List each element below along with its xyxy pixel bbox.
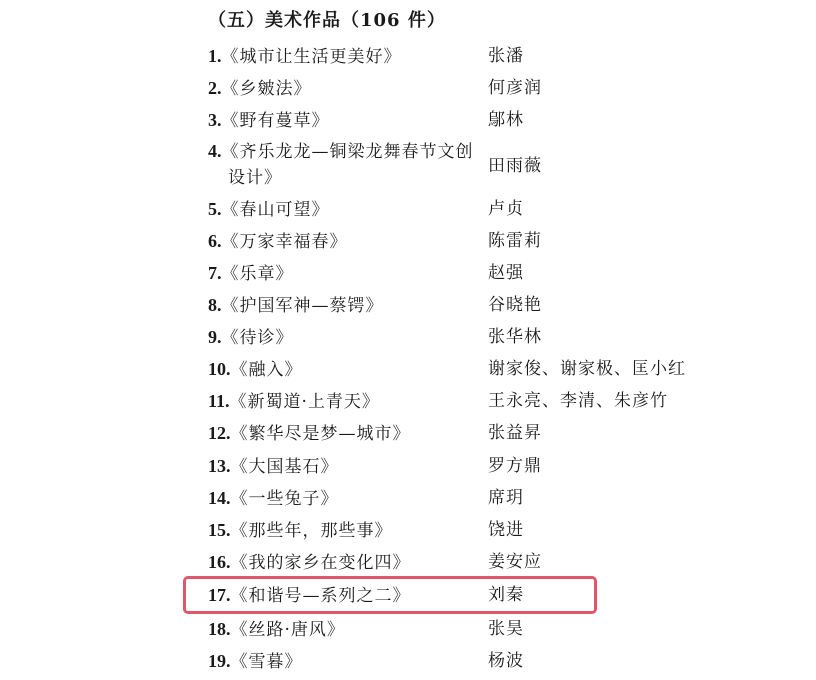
item-title-wrap: 4.《齐乐龙龙—铜梁龙舞春节文创 设计》: [208, 138, 488, 191]
item-title: 《野有蔓草》: [222, 111, 330, 131]
item-number: 19.: [208, 651, 231, 671]
item-title: 《待诊》: [222, 328, 294, 348]
item-author: 赵强: [488, 257, 524, 289]
list-item: 19.《雪暮》 杨波: [208, 645, 728, 677]
item-number: 4.: [208, 141, 222, 161]
item-title-line1: 《齐乐龙龙—铜梁龙舞春节文创: [222, 142, 474, 162]
item-number: 17.: [208, 585, 231, 605]
list-item: 6.《万家幸福春》 陈雷莉: [208, 225, 728, 257]
item-title: 《大国基石》: [231, 457, 339, 477]
item-author: 张潘: [488, 40, 524, 72]
item-title: 《乡皴法》: [222, 79, 312, 99]
item-number: 8.: [208, 295, 222, 315]
item-author: 罗方鼎: [488, 450, 542, 482]
item-title: 《我的家乡在变化四》: [231, 553, 411, 573]
list-item: 3.《野有蔓草》 鄔林: [208, 104, 728, 136]
item-number: 13.: [208, 456, 231, 476]
item-author: 陈雷莉: [488, 225, 542, 257]
list-item-highlighted: 17.《和谐号—系列之二》 刘秦: [208, 579, 728, 611]
list-item: 10.《融入》 谢家俊、谢家极、匡小红: [208, 353, 728, 385]
item-number: 11.: [208, 391, 230, 411]
item-number: 2.: [208, 78, 222, 98]
item-author: 饶进: [488, 514, 524, 546]
item-author: 杨波: [488, 645, 524, 677]
item-number: 14.: [208, 488, 231, 508]
list-item: 1.《城市让生活更美好》 张潘: [208, 40, 728, 72]
item-author: 田雨薇: [488, 150, 542, 182]
item-author: 鄔林: [488, 104, 524, 136]
list-item: 4.《齐乐龙龙—铜梁龙舞春节文创 设计》 田雨薇: [208, 138, 728, 194]
list-item: 12.《繁华尽是梦—城市》 张益昇: [208, 417, 728, 449]
item-author: 席玥: [488, 482, 524, 514]
list-item: 15.《那些年，那些事》 饶进: [208, 514, 728, 546]
item-number: 3.: [208, 110, 222, 130]
item-author: 张益昇: [488, 417, 542, 449]
item-number: 15.: [208, 520, 231, 540]
item-title: 《一些兔子》: [231, 489, 339, 509]
item-title: 《繁华尽是梦—城市》: [231, 424, 411, 444]
list-item: 9.《待诊》 张华林: [208, 321, 728, 353]
item-title: 《丝路·唐风》: [231, 620, 345, 640]
item-author: 何彦润: [488, 72, 542, 104]
section-title: （五）美术作品（106 件）: [208, 6, 446, 36]
list-item: 16.《我的家乡在变化四》 姜安应: [208, 546, 728, 578]
item-author: 刘秦: [488, 579, 524, 611]
item-number: 9.: [208, 327, 222, 347]
item-title: 《融入》: [231, 360, 303, 380]
item-title: 《城市让生活更美好》: [222, 47, 402, 67]
item-number: 10.: [208, 359, 231, 379]
item-author: 谷晓艳: [488, 289, 542, 321]
item-author: 姜安应: [488, 546, 542, 578]
item-number: 16.: [208, 552, 231, 572]
list-item: 14.《一些兔子》 席玥: [208, 482, 728, 514]
item-author: 谢家俊、谢家极、匡小红: [488, 353, 686, 385]
item-author: 王永亮、李清、朱彦竹: [488, 385, 668, 417]
list-item: 8.《护国军神—蔡锷》 谷晓艳: [208, 289, 728, 321]
list-item: 18.《丝路·唐风》 张昊: [208, 613, 728, 645]
list-item: 2.《乡皴法》 何彦润: [208, 72, 728, 104]
item-title: 《那些年，那些事》: [231, 521, 393, 541]
item-number: 12.: [208, 423, 231, 443]
item-title: 《乐章》: [222, 264, 294, 284]
item-title: 《和谐号—系列之二》: [231, 586, 411, 606]
item-author: 卢贞: [488, 193, 524, 225]
item-title: 《雪暮》: [231, 652, 303, 672]
list-item: 11.《新蜀道·上青天》 王永亮、李清、朱彦竹: [208, 385, 728, 417]
item-number: 1.: [208, 46, 222, 66]
list-item: 5.《春山可望》 卢贞: [208, 193, 728, 225]
item-number: 5.: [208, 199, 222, 219]
list-item: 7.《乐章》 赵强: [208, 257, 728, 289]
item-number: 7.: [208, 263, 222, 283]
item-number: 18.: [208, 619, 231, 639]
item-title: 《万家幸福春》: [222, 232, 348, 252]
item-title-line2: 设计》: [208, 165, 488, 191]
list-item: 13.《大国基石》 罗方鼎: [208, 450, 728, 482]
item-number: 6.: [208, 231, 222, 251]
item-title: 《春山可望》: [222, 200, 330, 220]
item-title: 《护国军神—蔡锷》: [222, 296, 384, 316]
item-author: 张华林: [488, 321, 542, 353]
item-title: 《新蜀道·上青天》: [230, 392, 380, 412]
item-author: 张昊: [488, 613, 524, 645]
